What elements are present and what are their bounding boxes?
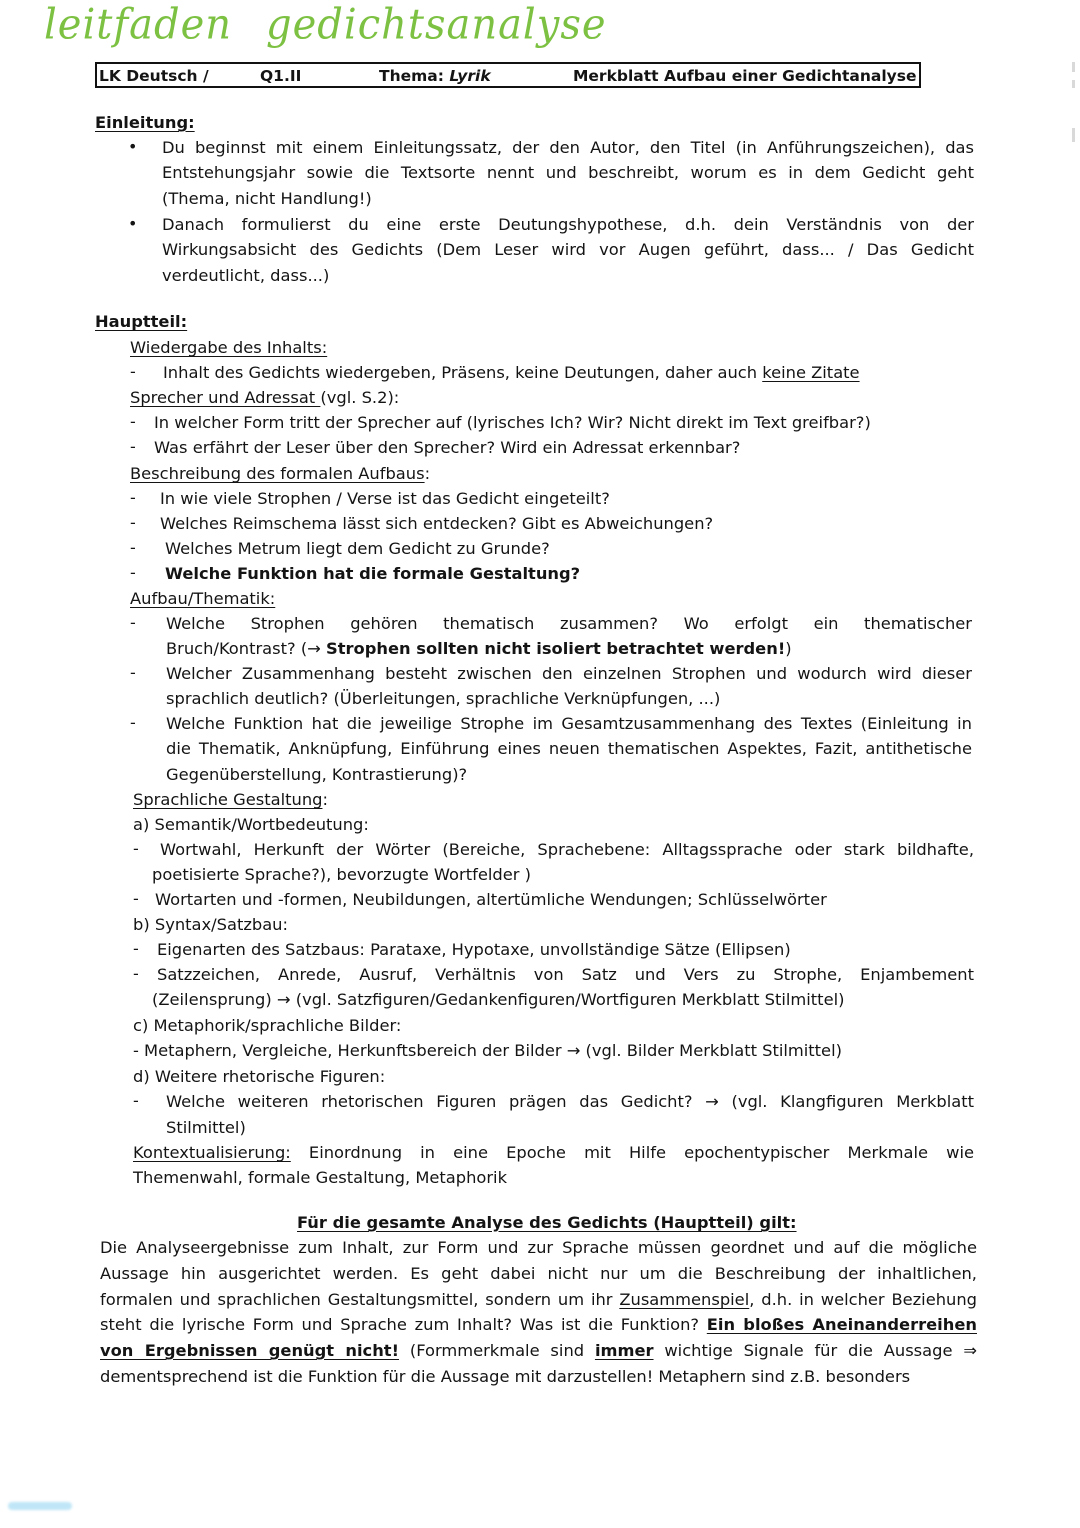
dash-icon: -	[133, 889, 139, 908]
gesamt-line-5: von Ergebnissen genügt nicht! (Formmerkm…	[100, 1340, 977, 1362]
sprache-a-item-1-line-1: Wortwahl, Herkunft der Wörter (Bereiche,…	[160, 839, 974, 861]
term-label: Q1.II	[260, 65, 301, 87]
thematik-item-3-line-3: Gegenüberstellung, Kontrastierung)?	[166, 764, 467, 786]
einleitung-heading: Einleitung:	[95, 112, 195, 134]
sprache-a-label: a) Semantik/Wortbedeutung:	[133, 814, 369, 836]
sprecher-item-2: Was erfährt der Leser über den Sprecher?…	[154, 437, 740, 459]
aufbau-formal-item-1: In wie viele Strophen / Verse ist das Ge…	[160, 488, 610, 510]
title-word-1: leitfaden	[44, 1, 232, 49]
dash-icon: -	[133, 939, 139, 958]
kontext-heading: Kontextualisierung:	[133, 1143, 291, 1162]
dash-icon: -	[130, 663, 136, 682]
aufbau-formal-item-3: Welches Metrum liegt dem Gedicht zu Grun…	[165, 538, 550, 560]
sprache-a-item-2: Wortarten und -formen, Neubildungen, alt…	[155, 889, 827, 911]
sprache-c-label: c) Metaphorik/sprachliche Bilder:	[133, 1015, 401, 1037]
gesamt-line-6: dementsprechend ist die Funktion für die…	[100, 1366, 910, 1388]
kontext-line-2: Themenwahl, formale Gestaltung, Metaphor…	[133, 1167, 507, 1189]
kontext-line-1: Kontextualisierung: Einordnung in eine E…	[133, 1142, 974, 1164]
dash-icon: -	[130, 563, 136, 582]
bullet-icon: •	[128, 214, 137, 233]
dash-icon: -	[130, 437, 136, 456]
thematik-item-3-line-2: die Thematik, Anknüpfung, Einführung ein…	[166, 738, 972, 760]
topic-label: Thema: Lyrik	[379, 65, 491, 87]
sprache-d-label: d) Weitere rhetorische Figuren:	[133, 1066, 385, 1088]
dash-icon: -	[133, 964, 139, 983]
scan-edge-mark	[1072, 128, 1075, 142]
dash-icon: -	[130, 713, 136, 732]
scan-edge-mark	[1072, 80, 1075, 88]
bullet-icon: •	[128, 137, 137, 156]
dash-icon: -	[130, 538, 136, 557]
zusammenspiel: Zusammenspiel	[619, 1290, 749, 1309]
sprache-b-label: b) Syntax/Satzbau:	[133, 914, 288, 936]
einleitung-bullet-1-line-1: Du beginnst mit einem Einleitungssatz, d…	[162, 137, 974, 159]
dash-icon: -	[133, 839, 139, 858]
sprache-a-item-1-line-2: poetisierte Sprache?), bevorzugte Wortfe…	[152, 864, 531, 886]
thematik-heading: Aufbau/Thematik:	[130, 588, 275, 610]
sprecher-heading: Sprecher und Adressat (vgl. S.2):	[130, 387, 399, 409]
gesamt-line-1: Die Analyseergebnisse zum Inhalt, zur Fo…	[100, 1237, 977, 1259]
thematik-item-1-line-2: Bruch/Kontrast? (→ Strophen sollten nich…	[166, 638, 792, 660]
dash-icon: -	[130, 412, 136, 431]
sprache-d-item-line-1: Welche weiteren rhetorischen Figuren prä…	[166, 1091, 974, 1113]
dash-icon: -	[130, 513, 136, 532]
keine-zitate: keine Zitate	[762, 363, 859, 382]
sprecher-item-1: In welcher Form tritt der Sprecher auf (…	[154, 412, 871, 434]
sprache-b-item-1: Eigenarten des Satzbaus: Parataxe, Hypot…	[157, 939, 791, 961]
wiedergabe-heading: Wiedergabe des Inhalts:	[130, 337, 327, 359]
worksheet-header: LK Deutsch / Q1.II Thema: Lyrik Merkblat…	[95, 62, 921, 88]
dash-icon: -	[130, 488, 136, 507]
sprache-heading: Sprachliche Gestaltung:	[133, 789, 328, 811]
aufbau-formal-heading: Beschreibung des formalen Aufbaus:	[130, 463, 430, 485]
gesamt-line-4: steht die lyrische Form und Sprache zum …	[100, 1314, 977, 1336]
einleitung-bullet-2-line-1: Danach formulierst du eine erste Deutung…	[162, 214, 974, 236]
dash-icon: -	[130, 362, 136, 381]
course-label: LK Deutsch /	[99, 65, 209, 87]
dash-icon: -	[133, 1091, 139, 1110]
immer: immer	[595, 1341, 654, 1360]
title-word-2: gedichtsanalyse	[266, 1, 607, 49]
einleitung-bullet-2-line-2: Wirkungsabsicht des Gedichts (Dem Leser …	[162, 239, 974, 261]
thematik-item-1-line-1: Welche Strophen gehören thematisch zusam…	[166, 613, 972, 635]
einleitung-bullet-1-line-3: (Thema, nicht Handlung!)	[162, 188, 372, 210]
wiedergabe-item: Inhalt des Gedichts wiedergeben, Präsens…	[163, 362, 860, 384]
einleitung-bullet-2-line-3: verdeutlicht, dass...)	[162, 265, 329, 287]
gesamt-line-3: formalen und sprachlichen Gestaltungsmit…	[100, 1289, 977, 1311]
dash-icon: -	[130, 613, 136, 632]
thematik-item-2-line-2: sprachlich deutlich? (Überleitungen, spr…	[166, 688, 720, 710]
gesamt-heading: Für die gesamte Analyse des Gedichts (Ha…	[297, 1212, 797, 1234]
sprache-b-item-2-line-1: Satzzeichen, Anrede, Ausruf, Verhältnis …	[157, 964, 974, 986]
hauptteil-heading: Hauptteil:	[95, 311, 187, 333]
gesamt-line-2: Aussage hin ausgerichtet werden. Es geht…	[100, 1263, 977, 1285]
thematik-item-3-line-1: Welche Funktion hat die jeweilige Stroph…	[166, 713, 972, 735]
watermark-logo	[8, 1502, 72, 1510]
sprache-b-item-2-line-2: (Zeilensprung) → (vgl. Satzfiguren/Gedan…	[152, 989, 844, 1011]
einleitung-bullet-1-line-2: Entstehungsjahr sowie die Textsorte nenn…	[162, 162, 974, 184]
aufbau-formal-item-4: Welche Funktion hat die formale Gestaltu…	[165, 563, 580, 585]
handwritten-title: leitfadengedichtsanalyse	[44, 1, 641, 49]
aufbau-formal-item-2: Welches Reimschema lässt sich entdecken?…	[160, 513, 713, 535]
scan-edge-mark	[1072, 62, 1075, 72]
topic-value: Lyrik	[449, 67, 490, 85]
sheet-label: Merkblatt Aufbau einer Gedichtanalyse	[573, 65, 917, 87]
sprache-c-item: - Metaphern, Vergleiche, Herkunftsbereic…	[133, 1040, 842, 1062]
sprache-d-item-line-2: Stilmittel)	[166, 1117, 246, 1139]
thematik-item-2-line-1: Welcher Zusammenhang besteht zwischen de…	[166, 663, 972, 685]
